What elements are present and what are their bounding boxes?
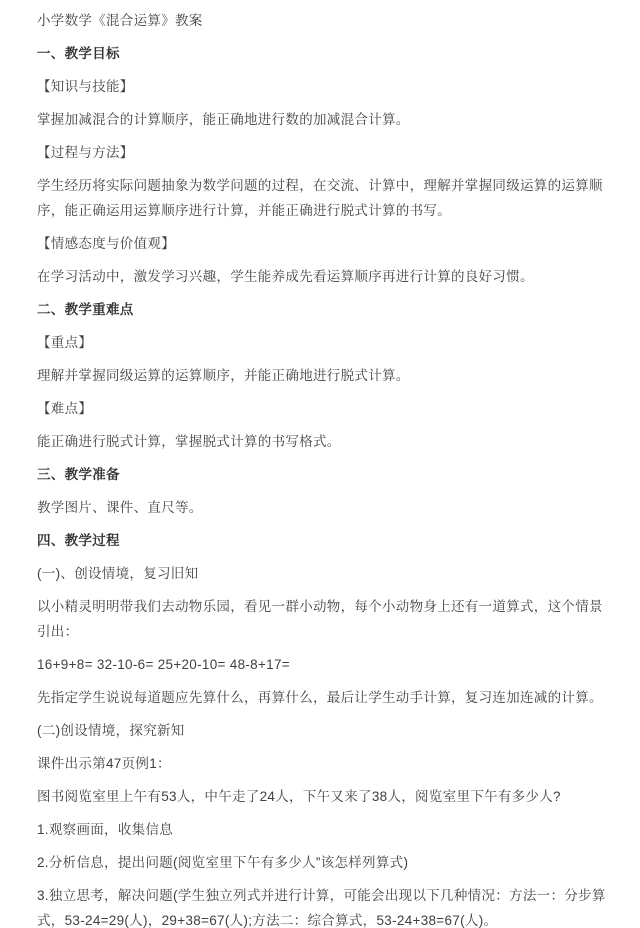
paragraph: 课件出示第47页例1： [37,751,612,776]
paragraph: (一)、创设情境，复习旧知 [37,561,612,586]
paragraph: 教学图片、课件、直尺等。 [37,495,612,520]
paragraph: 以小精灵明明带我们去动物乐园，看见一群小动物，每个小动物身上还有一道算式，这个情… [37,594,612,644]
document-content: 小学数学《混合运算》教案一、教学目标【知识与技能】掌握加减混合的计算顺序，能正确… [37,8,612,928]
paragraph: 掌握加减混合的计算顺序，能正确地进行数的加减混合计算。 [37,107,612,132]
paragraph: 能正确进行脱式计算，掌握脱式计算的书写格式。 [37,429,612,454]
section-heading: 四、教学过程 [37,528,612,553]
paragraph: 3.独立思考，解决问题(学生独立列式并进行计算，可能会出现以下几种情况：方法一：… [37,883,612,928]
section-heading: 三、教学准备 [37,462,612,487]
document-page: 小学数学《混合运算》教案一、教学目标【知识与技能】掌握加减混合的计算顺序，能正确… [0,0,640,928]
paragraph: 【知识与技能】 [37,74,612,99]
document-title: 小学数学《混合运算》教案 [37,8,612,33]
section-heading: 二、教学重难点 [37,297,612,322]
section-heading: 一、教学目标 [37,41,612,66]
paragraph: 学生经历将实际问题抽象为数学问题的过程，在交流、计算中，理解并掌握同级运算的运算… [37,173,612,223]
paragraph: 图书阅览室里上午有53人，中午走了24人，下午又来了38人，阅览室里下午有多少人… [37,784,612,809]
paragraph: 2.分析信息，提出问题(阅览室里下午有多少人”该怎样列算式) [37,850,612,875]
paragraph: 【过程与方法】 [37,140,612,165]
paragraph: 理解并掌握同级运算的运算顺序，并能正确地进行脱式计算。 [37,363,612,388]
paragraph: 在学习活动中，激发学习兴趣，学生能养成先看运算顺序再进行计算的良好习惯。 [37,264,612,289]
paragraph: 16+9+8= 32-10-6= 25+20-10= 48-8+17= [37,652,612,677]
paragraph: 1.观察画面，收集信息 [37,817,612,842]
paragraph: 【重点】 [37,330,612,355]
paragraph: (二)创设情境，探究新知 [37,718,612,743]
paragraph: 【情感态度与价值观】 [37,231,612,256]
paragraph: 【难点】 [37,396,612,421]
paragraph: 先指定学生说说每道题应先算什么，再算什么，最后让学生动手计算，复习连加连减的计算… [37,685,612,710]
